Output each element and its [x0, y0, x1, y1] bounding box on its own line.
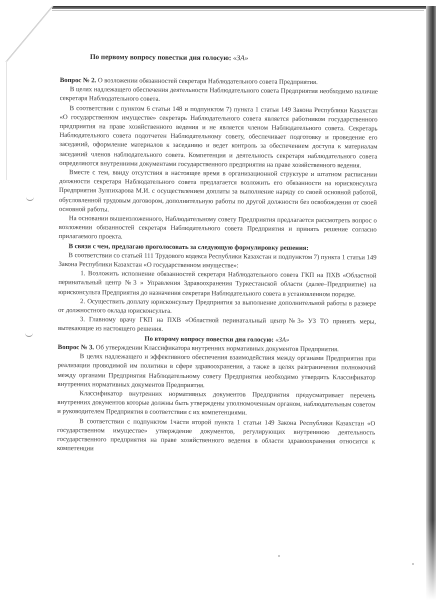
scan-top-border — [52, 6, 436, 9]
scan-corner-fold — [0, 0, 60, 70]
question-3-paragraph: В соответствии с подпунктом 1части второ… — [57, 417, 375, 456]
question-3-paragraph: В целях надлежащего и эффективного обесп… — [57, 352, 375, 391]
scan-top-border-inner — [52, 10, 424, 11]
question-2-paragraph: На основании вышеизложенного, Наблюдател… — [59, 214, 377, 244]
decision-item: 3. Главному врачу ГКП на ПХВ «Областной … — [58, 315, 376, 336]
question-2-title: О возложении обязанностей секретаря Набл… — [98, 77, 318, 86]
scan-speck — [412, 563, 414, 565]
scan-left-edge — [6, 60, 7, 180]
legal-basis: В соответствии со статьей 111 Трудового … — [58, 251, 376, 272]
punch-hole-mark — [25, 333, 33, 337]
vote-label: По первому вопросу повестки дня голосую: — [90, 53, 231, 62]
decision-item: 1. Возложить исполнение обязанностей сек… — [58, 269, 376, 299]
scan-right-border-fade — [426, 520, 436, 600]
vote-label: По второму вопросу повестки дня голосую: — [144, 335, 273, 343]
vote-value: «ЗА» — [275, 336, 289, 343]
scan-speck — [278, 555, 280, 557]
question-2-paragraph: В целях надлежащего обеспечения деятельн… — [60, 85, 378, 106]
question-2-label: Вопрос № 2. — [60, 77, 96, 84]
document-page: Вопрос № 2. О возложении обязанностей се… — [57, 70, 378, 456]
punch-hole-mark — [26, 197, 34, 201]
question-2-paragraph: В соответствии с пунктом 6 статьи 148 и … — [59, 104, 377, 171]
vote-value: «ЗА» — [233, 54, 248, 62]
scan-right-border — [426, 6, 436, 600]
decision-item: 2. Осуществить доплату юрисконсульту Пре… — [58, 297, 376, 318]
question-2-paragraph: Вместе с тем, ввиду отсутствия в настоящ… — [59, 168, 377, 217]
question-3-label: Вопрос № 3. — [58, 344, 94, 351]
question-3-paragraph: Классификатор внутренних нормативных док… — [57, 389, 375, 419]
vote-question-1: По первому вопросу повестки дня голосую:… — [90, 53, 248, 62]
